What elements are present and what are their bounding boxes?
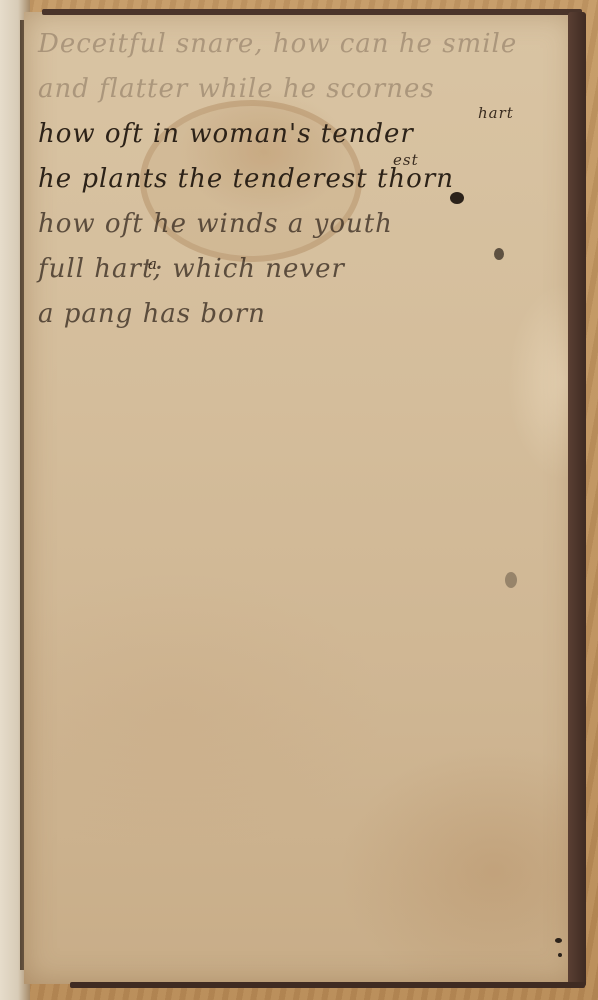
verse-line-3-insert: hart [478, 106, 514, 121]
book-binding-bottom-edge [70, 982, 585, 988]
verse-line-6-text: full hart; which never [38, 254, 345, 284]
handwritten-verse: Deceitful snare, how can he smile and fl… [38, 22, 568, 337]
stain-spot [505, 572, 517, 588]
verse-line-5: how oft he winds a youth [38, 202, 568, 247]
verse-line-1: Deceitful snare, how can he smile [38, 22, 568, 67]
verse-line-6: full hart; which never a [38, 247, 568, 292]
ink-blot [450, 192, 464, 204]
verse-line-3: how oft in woman's tender hart [38, 112, 568, 157]
ink-blot [558, 953, 562, 957]
verse-line-7: a pang has born [38, 292, 568, 337]
verse-line-4: he plants the tenderest thorn est [38, 157, 568, 202]
book-binding-top-edge [42, 9, 582, 15]
verse-line-4-text: he plants the tenderest thorn [38, 164, 454, 194]
verse-line-6-insert: a [148, 257, 158, 272]
verse-line-3-text: how oft in woman's tender [38, 119, 414, 149]
ink-blot [494, 248, 504, 260]
verse-line-4-insert: est [393, 153, 419, 168]
book-binding-right-edge [568, 12, 586, 987]
ink-blot [555, 938, 562, 943]
